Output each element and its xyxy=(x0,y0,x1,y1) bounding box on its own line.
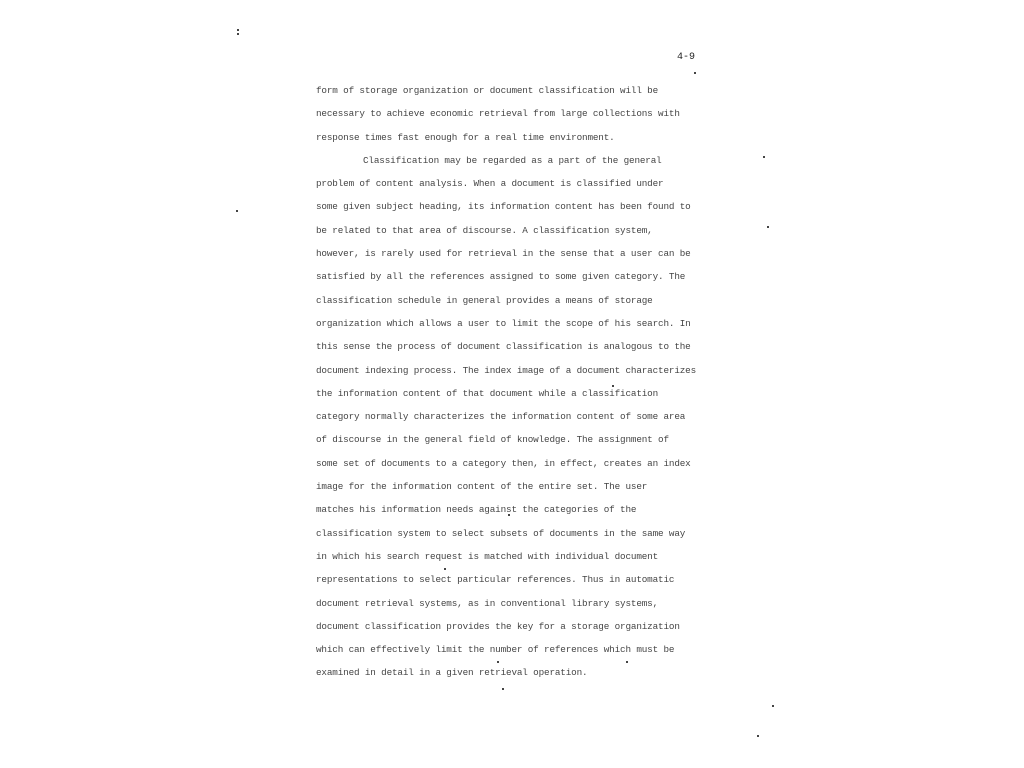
text-line: necessary to achieve economic retrieval … xyxy=(316,107,716,130)
scan-speck xyxy=(508,514,510,516)
text-line: satisfied by all the references assigned… xyxy=(316,270,716,293)
scan-speck xyxy=(626,661,628,663)
text-line: form of storage organization or document… xyxy=(316,84,716,107)
text-line: response times fast enough for a real ti… xyxy=(316,131,716,154)
text-line: which can effectively limit the number o… xyxy=(316,643,716,666)
text-line: classification system to select subsets … xyxy=(316,527,716,550)
scan-speck xyxy=(763,156,765,158)
scan-speck xyxy=(767,226,769,228)
text-line: however, is rarely used for retrieval in… xyxy=(316,247,716,270)
scanned-document-page: 4-9 form of storage organization or docu… xyxy=(0,0,1024,768)
body-text: form of storage organization or document… xyxy=(316,84,716,690)
scan-speck xyxy=(237,33,239,35)
text-line: some given subject heading, its informat… xyxy=(316,200,716,223)
scan-speck xyxy=(237,29,239,31)
scan-speck xyxy=(772,705,774,707)
text-line: of discourse in the general field of kno… xyxy=(316,433,716,456)
scan-speck xyxy=(444,568,446,570)
scan-speck xyxy=(694,72,696,74)
text-line: category normally characterizes the info… xyxy=(316,410,716,433)
text-line: Classification may be regarded as a part… xyxy=(316,154,716,177)
page-number: 4-9 xyxy=(677,52,695,63)
text-line: problem of content analysis. When a docu… xyxy=(316,177,716,200)
scan-speck xyxy=(497,661,499,663)
scan-speck xyxy=(757,735,759,737)
text-line: organization which allows a user to limi… xyxy=(316,317,716,340)
text-line: this sense the process of document class… xyxy=(316,340,716,363)
text-line: document classification provides the key… xyxy=(316,620,716,643)
text-line: representations to select particular ref… xyxy=(316,573,716,596)
text-line: some set of documents to a category then… xyxy=(316,457,716,480)
text-line: be related to that area of discourse. A … xyxy=(316,224,716,247)
scan-speck xyxy=(502,688,504,690)
text-line: image for the information content of the… xyxy=(316,480,716,503)
text-line: matches his information needs against th… xyxy=(316,503,716,526)
text-line: the information content of that document… xyxy=(316,387,716,410)
text-line: examined in detail in a given retrieval … xyxy=(316,666,716,689)
text-line: classification schedule in general provi… xyxy=(316,294,716,317)
text-line: document retrieval systems, as in conven… xyxy=(316,597,716,620)
scan-speck xyxy=(236,210,238,212)
text-line: in which his search request is matched w… xyxy=(316,550,716,573)
text-line: document indexing process. The index ima… xyxy=(316,364,716,387)
scan-speck xyxy=(612,385,614,387)
